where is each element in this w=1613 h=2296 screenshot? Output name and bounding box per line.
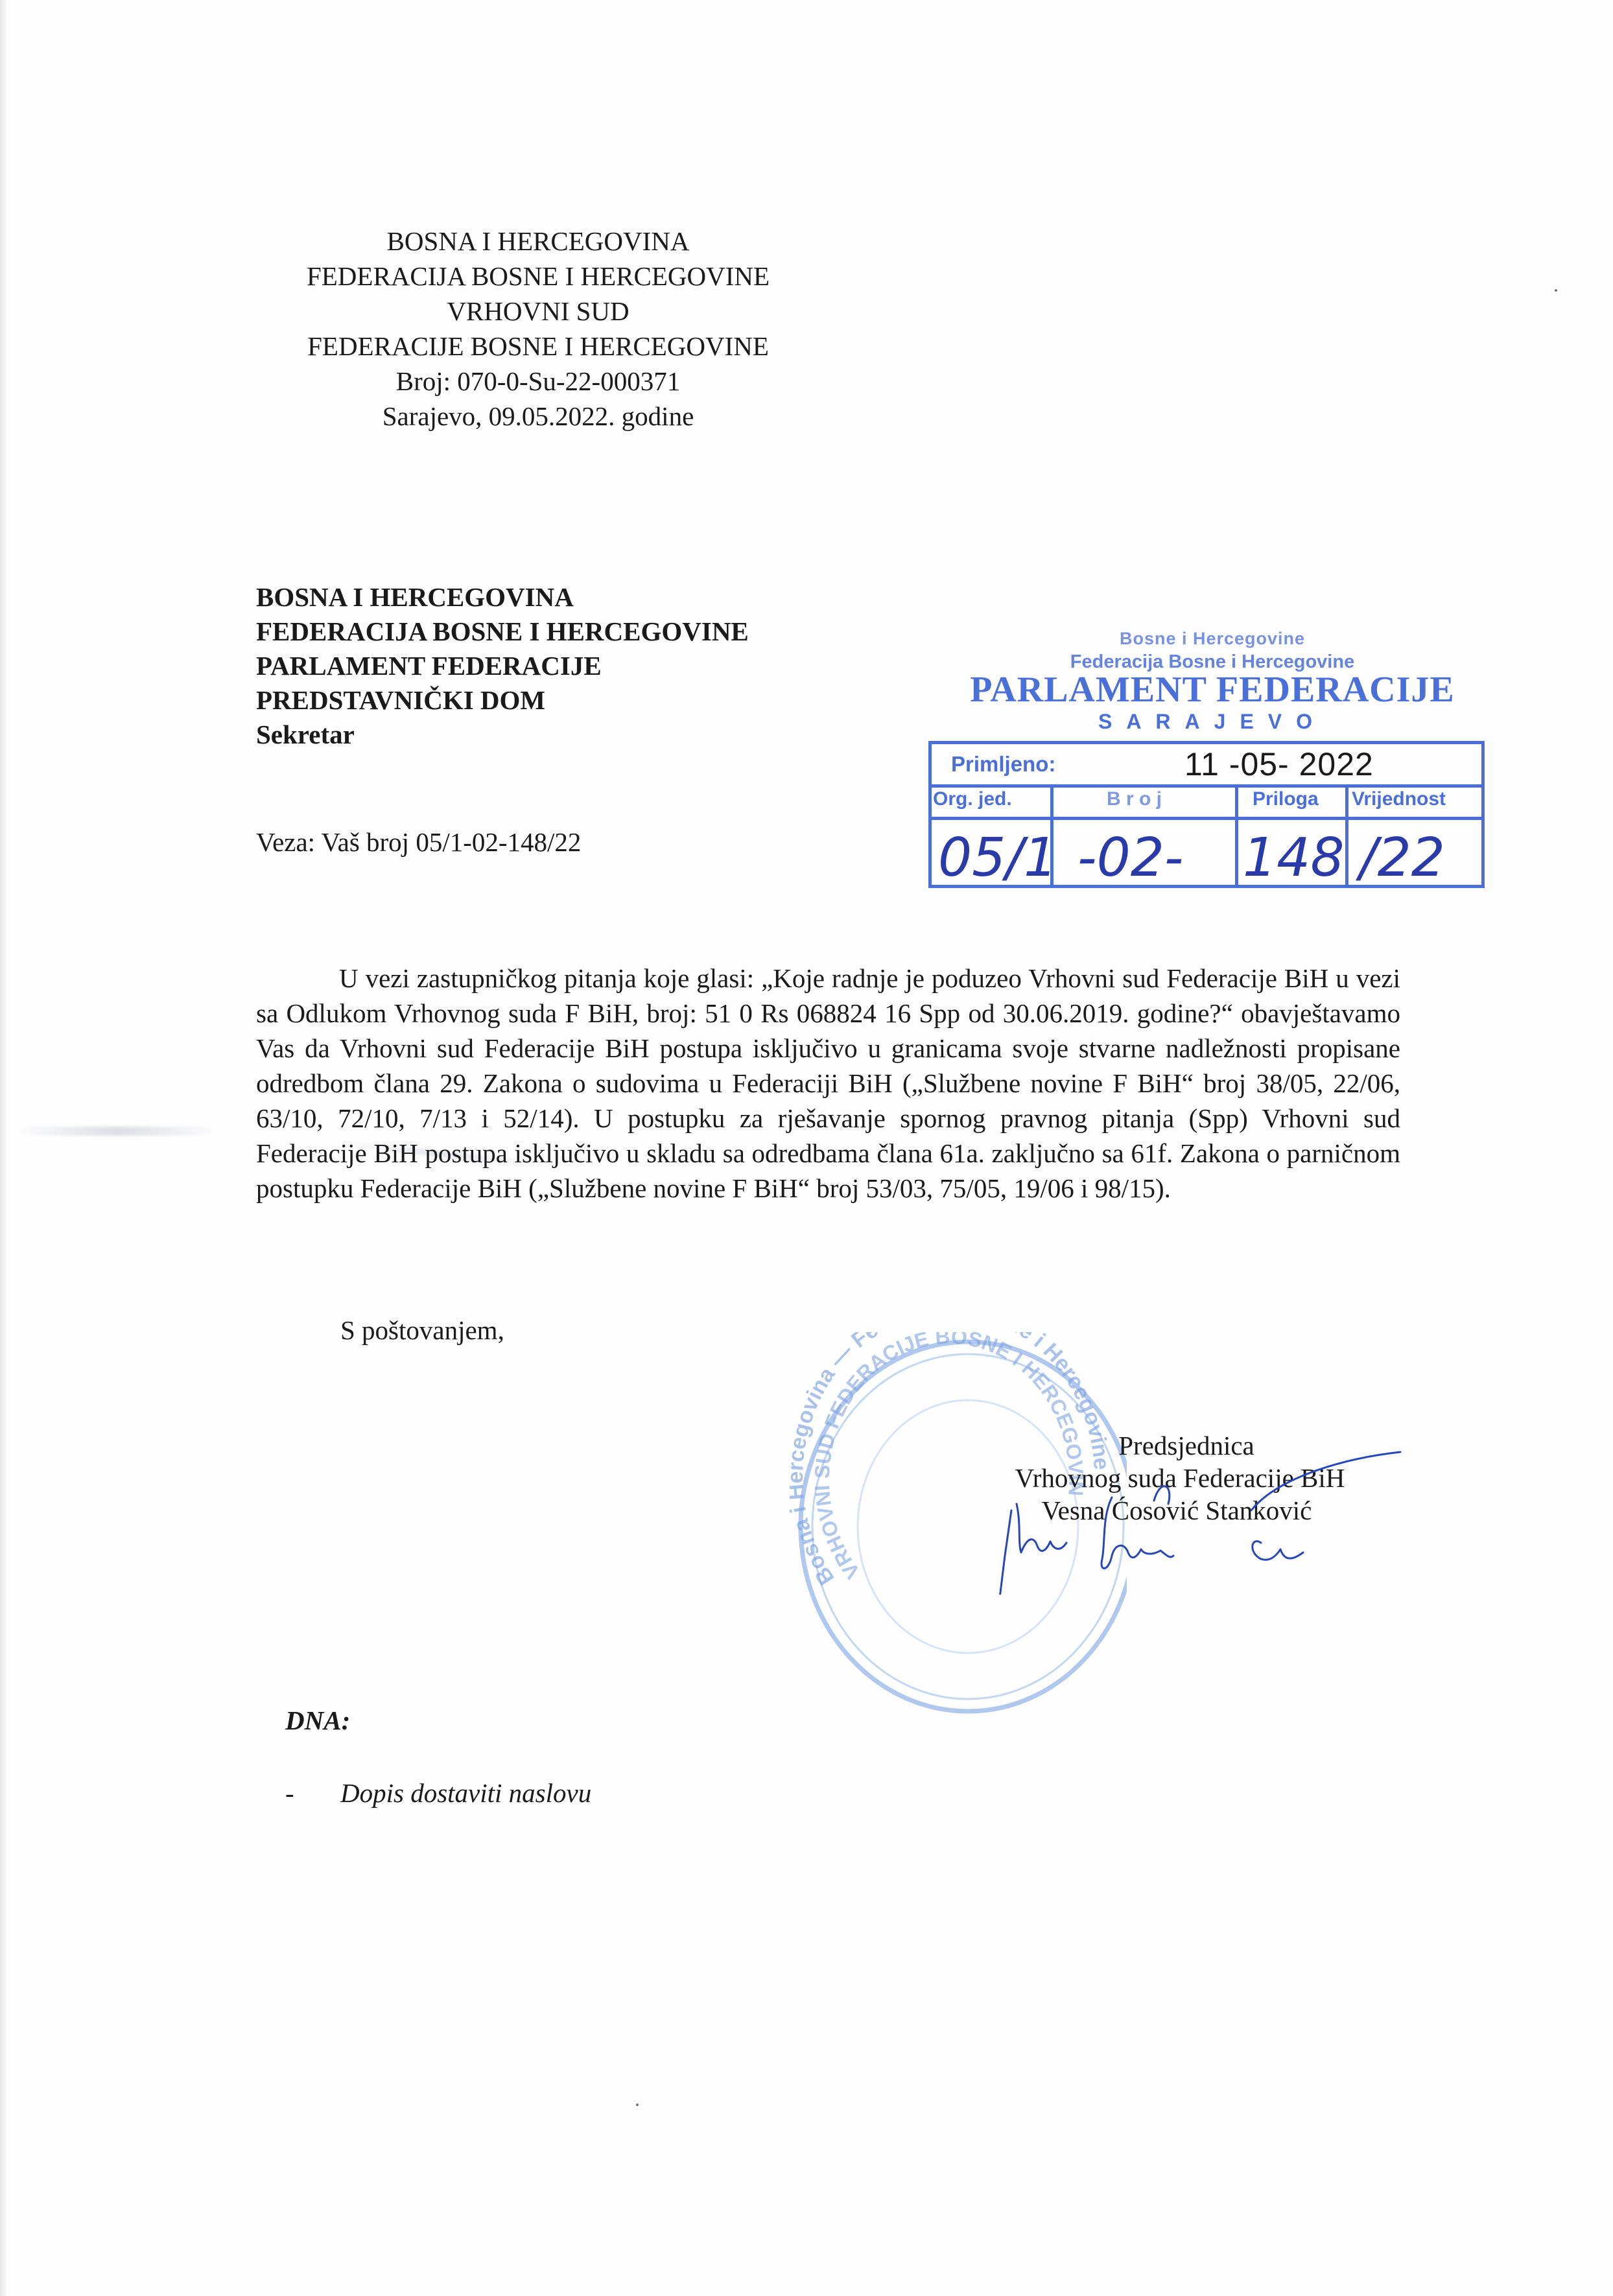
recipient-line: PREDSTAVNIČKI DOM <box>256 683 749 718</box>
distribution-item: -Dopis dostaviti naslovu <box>285 1777 591 1809</box>
stamp-line: Bosne i Hercegovine <box>921 629 1504 649</box>
sender-line: FEDERACIJE BOSNE I HERCEGOVINE <box>246 329 830 364</box>
recipient-line: Sekretar <box>256 718 749 752</box>
list-bullet: - <box>285 1777 340 1809</box>
body-paragraph: U vezi zastupničkog pitanja koje glasi: … <box>256 961 1400 1206</box>
reference-line: Veza: Vaš broj 05/1-02-148/22 <box>256 826 581 858</box>
closing-salutation: S poštovanjem, <box>340 1315 504 1346</box>
stamp-col-priloga: Priloga <box>1253 788 1319 810</box>
handwritten-signature <box>888 1439 1420 1595</box>
stamp-received-date: 11 -05- 2022 <box>1184 745 1374 783</box>
recipient-line: PARLAMENT FEDERACIJE <box>256 649 749 683</box>
handwritten-priloga: 148 <box>1243 827 1345 889</box>
stamp-city: SARAJEVO <box>921 710 1504 734</box>
stamp-row-divider <box>932 817 1481 820</box>
recipient-line: FEDERACIJA BOSNE I HERCEGOVINE <box>256 615 749 649</box>
document-page: BOSNA I HERCEGOVINA FEDERACIJA BOSNE I H… <box>0 0 1613 2296</box>
scan-speck <box>636 2103 639 2106</box>
stamp-row-divider <box>932 784 1481 788</box>
sender-line: VRHOVNI SUD <box>246 294 830 329</box>
sender-line: BOSNA I HERCEGOVINA <box>246 224 830 259</box>
scan-speck <box>1555 289 1557 292</box>
handwritten-broj: -02- <box>1077 827 1184 889</box>
recipient-line: BOSNA I HERCEGOVINA <box>256 580 749 615</box>
stamp-col-divider <box>1235 784 1238 888</box>
letter-body: U vezi zastupničkog pitanja koje glasi: … <box>256 961 1400 1206</box>
stamp-col-vrijednost: Vrijednost <box>1352 788 1446 810</box>
stamp-col-org: Org. jed. <box>933 788 1012 810</box>
recipient-address: BOSNA I HERCEGOVINA FEDERACIJA BOSNE I H… <box>256 580 749 752</box>
stamp-col-broj: B r o j <box>1107 788 1162 810</box>
stamp-received-label: Primljeno: <box>951 752 1055 777</box>
handwritten-org: 05/1 <box>938 827 1057 889</box>
receipt-stamp: Bosne i Hercegovine Federacija Bosne i H… <box>921 616 1504 895</box>
handwritten-vrijednost: /22 <box>1360 827 1445 889</box>
stamp-table: Primljeno: 11 -05- 2022 Org. jed. B r o … <box>928 741 1485 888</box>
document-date: Sarajevo, 09.05.2022. godine <box>246 399 830 434</box>
stamp-col-divider <box>1345 784 1348 888</box>
scan-smudge <box>13 1127 220 1136</box>
document-number: Broj: 070-0-Su-22-000371 <box>246 364 830 399</box>
stamp-title: PARLAMENT FEDERACIJE <box>921 669 1504 710</box>
scan-edge <box>0 0 6 2296</box>
sender-line: FEDERACIJA BOSNE I HERCEGOVINE <box>246 259 830 294</box>
sender-header: BOSNA I HERCEGOVINA FEDERACIJA BOSNE I H… <box>246 224 830 434</box>
distribution-item-text: Dopis dostaviti naslovu <box>340 1778 591 1808</box>
distribution-heading: DNA: <box>285 1705 350 1736</box>
